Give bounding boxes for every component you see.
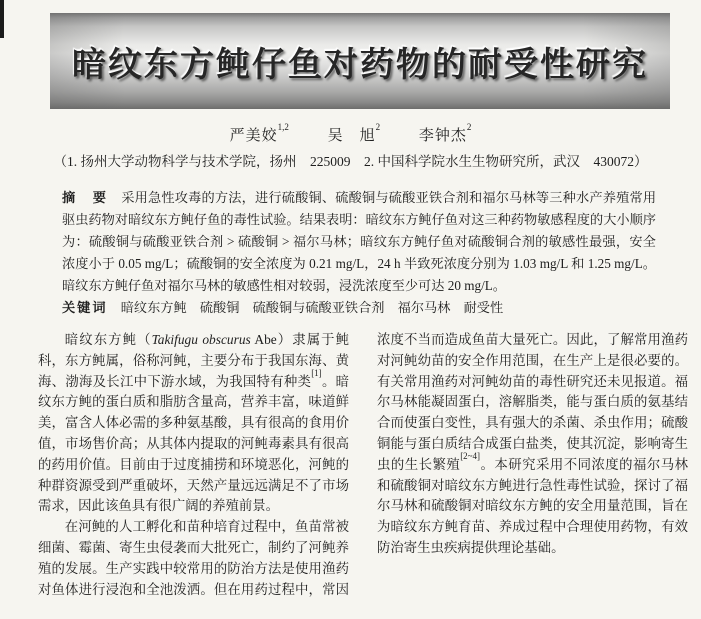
scan-edge-artifact (0, 0, 4, 38)
author-3: 李钟杰2 (419, 128, 472, 144)
body-text-columns: 暗纹东方鲀（Takifugu obscurus Abe）隶属于鲀科，东方鲀属，俗… (38, 330, 688, 619)
author-line: 严美姣1,2 吴 旭2 李钟杰2 (0, 124, 701, 145)
author-1-superscript: 1,2 (278, 122, 289, 132)
title-banner: 暗纹东方鲀仔鱼对药物的耐受性研究 (50, 13, 670, 109)
scanned-paper-page: { "banner": { "title": "暗纹东方鲀仔鱼对药物的耐受性研究… (0, 0, 701, 619)
abstract-block: 摘 要采用急性攻毒的方法，进行硫酸铜、硫酸铜与硫酸亚铁合剂和福尔马林等三种水产养… (62, 187, 656, 319)
abstract-label: 摘 要 (62, 190, 108, 205)
author-2-name: 吴 旭 (328, 128, 376, 144)
abstract-text: 采用急性攻毒的方法，进行硫酸铜、硫酸铜与硫酸亚铁合剂和福尔马林等三种水产养殖常用… (62, 190, 656, 293)
body-paragraph-1: 暗纹东方鲀（Takifugu obscurus Abe）隶属于鲀科，东方鲀属，俗… (38, 330, 349, 517)
author-1: 严美姣1,2 (230, 128, 289, 144)
author-3-superscript: 2 (467, 122, 472, 132)
author-1-name: 严美姣 (230, 128, 278, 144)
affiliation-line: （1. 扬州大学动物科学与技术学院，扬州 225009 2. 中国科学院水生生物… (0, 150, 701, 170)
keywords-line: 关键词暗纹东方鲀 硫酸铜 硫酸铜与硫酸亚铁合剂 福尔马林 耐受性 (62, 297, 656, 319)
keywords-label: 关键词 (62, 300, 108, 315)
author-2: 吴 旭2 (328, 128, 381, 144)
keywords-text: 暗纹东方鲀 硫酸铜 硫酸铜与硫酸亚铁合剂 福尔马林 耐受性 (121, 300, 503, 315)
author-2-superscript: 2 (376, 122, 381, 132)
abstract-paragraph: 摘 要采用急性攻毒的方法，进行硫酸铜、硫酸铜与硫酸亚铁合剂和福尔马林等三种水产养… (62, 187, 656, 297)
paper-title: 暗纹东方鲀仔鱼对药物的耐受性研究 (72, 37, 648, 86)
author-3-name: 李钟杰 (419, 128, 467, 144)
